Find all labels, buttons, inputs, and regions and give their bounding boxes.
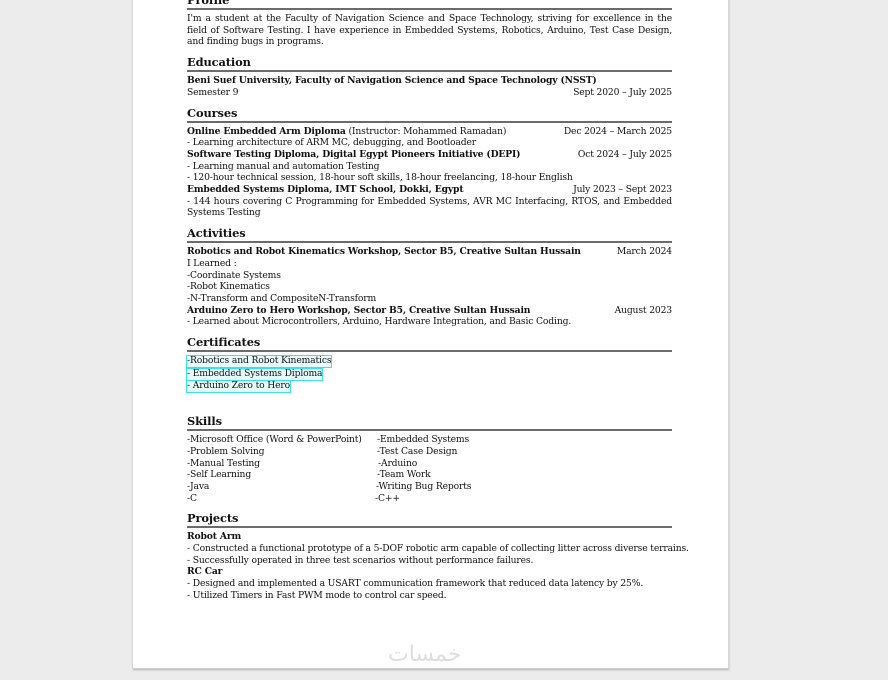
skill-item: -Self Learning <box>187 469 377 481</box>
section-title-courses: Courses <box>187 107 672 123</box>
skill-item: -Arduino <box>377 458 672 470</box>
project-item: Robot Arm - Constructed a functional pro… <box>187 531 672 566</box>
skill-item: -Java <box>187 481 377 493</box>
course-bullet: - Learning architecture of ARM MC, debug… <box>187 137 672 149</box>
skill-item: -Embedded Systems <box>377 434 672 446</box>
education-dates: Sept 2020 – July 2025 <box>573 87 672 99</box>
certificate-link-robotics[interactable]: -Robotics and Robot Kinematics <box>187 356 331 367</box>
project-bullet: - Designed and implemented a USART commu… <box>187 578 672 590</box>
project-item: RC Car - Designed and implemented a USAR… <box>187 566 672 601</box>
profile-text: I'm a student at the Faculty of Navigati… <box>187 13 672 48</box>
skill-item: -Manual Testing <box>187 458 377 470</box>
education-detail-row: Semester 9 Sept 2020 – July 2025 <box>187 87 672 99</box>
activity-name: Robotics and Robot Kinematics Workshop, … <box>187 246 581 258</box>
activity-date: August 2023 <box>615 305 672 317</box>
project-bullet: - Utilized Timers in Fast PWM mode to co… <box>187 590 672 602</box>
activity-item: Arduino Zero to Hero Workshop, Sector B5… <box>187 305 672 328</box>
resume-content: Profile I'm a student at the Faculty of … <box>187 0 672 602</box>
skill-item: -Problem Solving <box>187 446 377 458</box>
skill-item: -Microsoft Office (Word & PowerPoint) <box>187 434 377 446</box>
section-title-activities: Activities <box>187 227 672 243</box>
skill-item: -Team Work <box>377 469 672 481</box>
course-dates: July 2023 – Sept 2023 <box>573 184 672 196</box>
course-item: Online Embedded Arm Diploma (Instructor:… <box>187 126 672 149</box>
activities-section: Activities Robotics and Robot Kinematics… <box>187 227 672 328</box>
activity-date: March 2024 <box>617 246 672 258</box>
course-bullet: - 144 hours covering C Programming for E… <box>187 196 672 219</box>
projects-section: Projects Robot Arm - Constructed a funct… <box>187 512 672 601</box>
skills-section: Skills -Microsoft Office (Word & PowerPo… <box>187 415 672 504</box>
activity-line: I Learned : <box>187 258 672 270</box>
course-name: Software Testing Diploma, Digital Egypt … <box>187 149 520 161</box>
profile-section: Profile I'm a student at the Faculty of … <box>187 0 672 48</box>
certificate-link-arduino[interactable]: - Arduino Zero to Hero <box>187 381 290 392</box>
skill-item: -C++ <box>375 493 672 505</box>
course-name: Online Embedded Arm Diploma <box>187 126 346 137</box>
project-name: RC Car <box>187 566 672 578</box>
course-instructor: (Instructor: Mohammed Ramadan) <box>346 126 507 137</box>
certificates-section: Certificates -Robotics and Robot Kinemat… <box>187 336 672 393</box>
course-dates: Dec 2024 – March 2025 <box>564 126 672 138</box>
skill-item: -Writing Bug Reports <box>376 481 672 493</box>
section-title-certificates: Certificates <box>187 336 672 352</box>
activity-name: Arduino Zero to Hero Workshop, Sector B5… <box>187 305 530 317</box>
course-item: Embedded Systems Diploma, IMT School, Do… <box>187 184 672 219</box>
activity-item: Robotics and Robot Kinematics Workshop, … <box>187 246 672 305</box>
section-title-education: Education <box>187 56 672 72</box>
skill-item: -C <box>187 493 377 505</box>
course-bullet: - Learning manual and automation Testing <box>187 161 672 173</box>
skill-item: -Test Case Design <box>377 446 672 458</box>
section-title-projects: Projects <box>187 512 672 528</box>
course-name: Embedded Systems Diploma, IMT School, Do… <box>187 184 463 196</box>
section-title-skills: Skills <box>187 415 672 431</box>
activity-line: -Robot Kinematics <box>187 281 672 293</box>
activity-line: - Learned about Microcontrollers, Arduin… <box>187 316 672 328</box>
course-bullet: - 120-hour technical session, 18-hour so… <box>187 172 672 184</box>
section-title-profile: Profile <box>187 0 672 10</box>
course-item: Software Testing Diploma, Digital Egypt … <box>187 149 672 184</box>
courses-section: Courses Online Embedded Arm Diploma (Ins… <box>187 107 672 220</box>
project-name: Robot Arm <box>187 531 672 543</box>
project-bullet: - Constructed a functional prototype of … <box>187 543 672 555</box>
certificate-link-embedded[interactable]: - Embedded Systems Diploma <box>187 369 322 380</box>
resume-page: Profile I'm a student at the Faculty of … <box>133 0 729 669</box>
education-school: Beni Suef University, Faculty of Navigat… <box>187 75 672 87</box>
education-section: Education Beni Suef University, Faculty … <box>187 56 672 98</box>
course-dates: Oct 2024 – July 2025 <box>578 149 672 161</box>
skills-grid: -Microsoft Office (Word & PowerPoint) -E… <box>187 434 672 504</box>
activity-line: -N-Transform and CompositeN-Transform <box>187 293 672 305</box>
project-bullet: - Successfully operated in three test sc… <box>187 555 672 567</box>
khamsat-watermark-logo: خمسات <box>388 642 461 667</box>
education-semester: Semester 9 <box>187 87 238 99</box>
activity-line: -Coordinate Systems <box>187 270 672 282</box>
